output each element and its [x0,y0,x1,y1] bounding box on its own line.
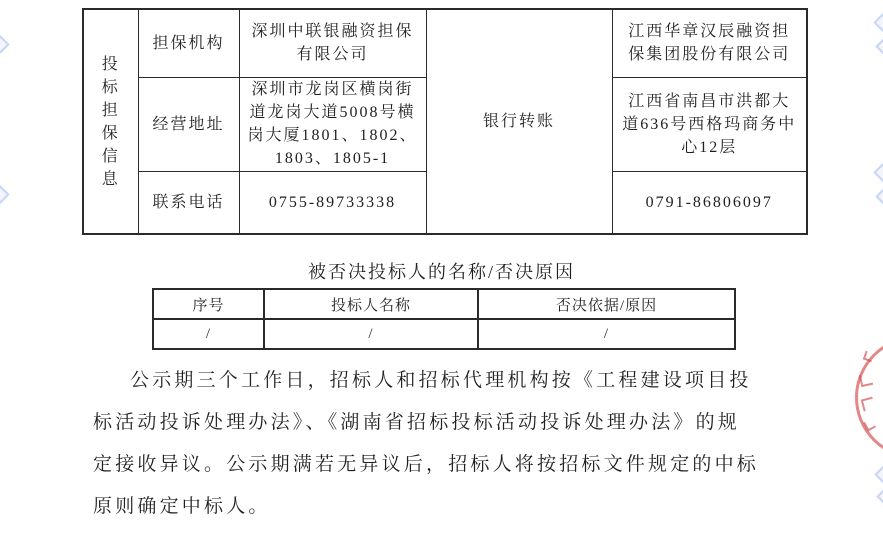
guarantor-address-left: 深圳市龙岗区横岗街道龙岗大道5008号横岗大厦1801、1802、1803、18… [239,77,426,171]
column-header-rejection-reason: 否决依据/原因 [478,289,735,319]
cell-bidder-name: / [264,319,478,349]
watermark-fragment [875,37,883,55]
notice-line: 定接收异议。公示期满若无异议后，招标人将按招标文件规定的中标 [93,444,798,486]
guarantor-address-right: 江西省南昌市洪都大道636号西格玛商务中心12层 [612,77,807,171]
guarantee-section-label: 投标担保信息 [83,9,138,234]
column-header-bidder-name: 投标人名称 [264,289,478,319]
column-header-seq: 序号 [153,289,264,319]
watermark-fragment [874,465,883,483]
notice-line: 标活动投诉处理办法》、《湖南省招标投标活动投诉处理办法》的规 [93,402,798,444]
row-label-address: 经营地址 [138,77,239,171]
watermark-fragment [873,13,883,31]
watermark-fragment [0,35,10,53]
notice-line: 原则确定中标人。 [93,486,798,528]
table-row: 投标担保信息 担保机构 深圳中联银融资担保有限公司 银行转账 江西华章汉辰融资担… [83,9,807,77]
watermark-fragment [0,185,10,203]
cell-seq: / [153,319,264,349]
payment-method-cell: 银行转账 [426,9,612,234]
row-label-guarantor: 担保机构 [138,9,239,77]
publicity-notice-paragraph: 公示期三个工作日，招标人和招标代理机构按《工程建设项目投 标活动投诉处理办法》、… [93,360,798,528]
guarantor-name-left: 深圳中联银融资担保有限公司 [239,9,426,77]
guarantor-phone-left: 0755-89733338 [239,171,426,234]
watermark-fragment [873,163,883,181]
bid-guarantee-table: 投标担保信息 担保机构 深圳中联银融资担保有限公司 银行转账 江西华章汉辰融资担… [82,8,808,235]
guarantor-phone-right: 0791-86806097 [612,171,807,234]
notice-line: 公示期三个工作日，招标人和招标代理机构按《工程建设项目投 [93,360,798,402]
cell-rejection-reason: / [478,319,735,349]
table-row: / / / [153,319,735,349]
watermark-fragment [876,487,883,505]
rejected-bidders-title: 被否决投标人的名称/否决原因 [0,258,883,286]
row-label-phone: 联系电话 [138,171,239,234]
table-header-row: 序号 投标人名称 否决依据/原因 [153,289,735,319]
watermark-fragment [875,187,883,205]
rejected-bidders-table: 序号 投标人名称 否决依据/原因 / / / [152,288,736,350]
seal-text-fragment [859,373,873,387]
guarantor-name-right: 江西华章汉辰融资担保集团股份有限公司 [612,9,807,77]
